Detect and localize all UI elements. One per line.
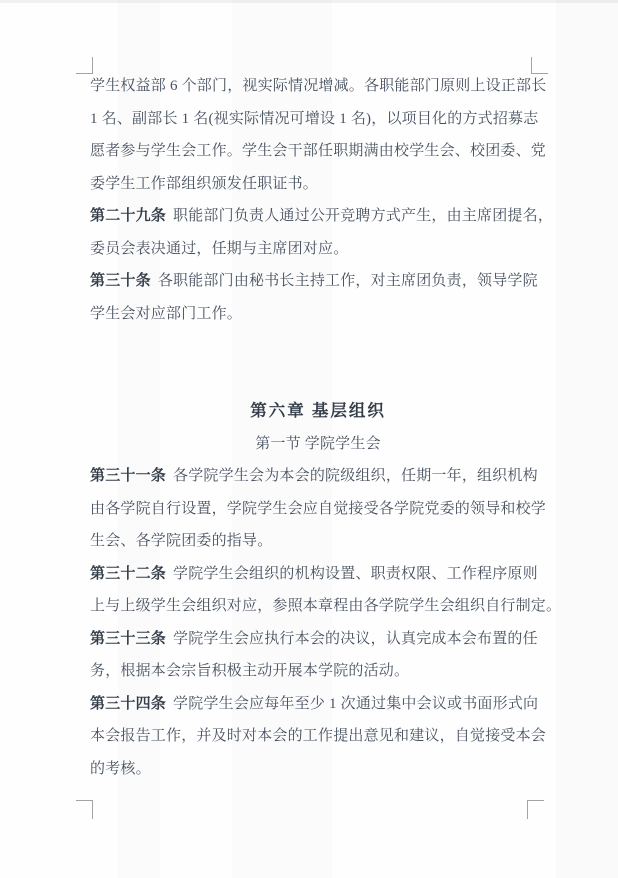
line-text: 学院学生会组织的机构设置、职责权限、工作程序原则: [173, 566, 538, 582]
line-text: 上与上级学生会组织对应，参照本章程由各学院学生会组织自行制定。: [90, 598, 561, 614]
line-text: 职能部门负责人通过公开竞聘方式产生，由主席团提名，: [173, 208, 553, 224]
line-text: 务，根据本会宗旨积极主动开展本学院的活动。: [90, 663, 409, 679]
text-line: 愿者参与学生会工作。学生会干部任职期满由校学生会、校团委、党: [90, 135, 546, 168]
text-line: 第二十九条职能部门负责人通过公开竞聘方式产生，由主席团提名，: [90, 200, 546, 233]
article-number: 第三十三条: [90, 631, 166, 647]
line-text: 学院学生会应执行本会的决议，认真完成本会布置的任: [173, 631, 538, 647]
text-line: 生会、各学院团委的指导。: [90, 525, 546, 558]
text-line: 学生权益部 6 个部门，视实际情况增减。各职能部门原则上设正部长: [90, 70, 546, 103]
text-line: 学生会对应部门工作。: [90, 298, 546, 331]
line-text: 第一节 学院学生会: [255, 436, 381, 452]
chapter-heading: 第六章 基层组织: [90, 395, 546, 428]
crop-mark-bottom-left: [76, 800, 93, 819]
article-number: 第三十四条: [90, 696, 166, 712]
line-text: 1 名、副部长 1 名(视实际情况可增设 1 名)，以项目化的方式招募志: [90, 111, 538, 127]
line-text: 各职能部门由秘书长主持工作，对主席团负责，领导学院: [158, 273, 538, 289]
text-line: 第三十三条学院学生会应执行本会的决议，认真完成本会布置的任: [90, 623, 546, 656]
line-text: 学生会对应部门工作。: [90, 306, 242, 322]
text-line: 本会报告工作，并及时对本会的工作提出意见和建议，自觉接受本会: [90, 720, 546, 753]
text-line: 第三十条各职能部门由秘书长主持工作，对主席团负责，领导学院: [90, 265, 546, 298]
line-text: 各学院学生会为本会的院级组织，任期一年，组织机构: [173, 468, 538, 484]
text-line: 由各学院自行设置，学院学生会应自觉接受各学院党委的领导和校学: [90, 493, 546, 526]
text-line: 1 名、副部长 1 名(视实际情况可增设 1 名)，以项目化的方式招募志: [90, 103, 546, 136]
document-text-area: 学生权益部 6 个部门，视实际情况增减。各职能部门原则上设正部长1 名、副部长 …: [90, 70, 546, 785]
line-text: 第六章 基层组织: [250, 401, 386, 420]
line-text: 委员会表决通过，任期与主席团对应。: [90, 241, 348, 257]
article-number: 第三十二条: [90, 566, 166, 582]
section-heading: 第一节 学院学生会: [90, 428, 546, 461]
crop-mark-bottom-right: [527, 800, 544, 819]
text-line: 第三十一条各学院学生会为本会的院级组织，任期一年，组织机构: [90, 460, 546, 493]
text-line: 第三十二条学院学生会组织的机构设置、职责权限、工作程序原则: [90, 558, 546, 591]
article-number: 第三十条: [90, 273, 151, 289]
text-line: 第三十四条学院学生会应每年至少 1 次通过集中会议或书面形式向: [90, 688, 546, 721]
text-line: 委员会表决通过，任期与主席团对应。: [90, 233, 546, 266]
document-page: 学生权益部 6 个部门，视实际情况增减。各职能部门原则上设正部长1 名、副部长 …: [0, 0, 618, 878]
line-text: 学生权益部 6 个部门，视实际情况增减。各职能部门原则上设正部长: [90, 78, 546, 94]
text-line: 委学生工作部组织颁发任职证书。: [90, 168, 546, 201]
line-text: 委学生工作部组织颁发任职证书。: [90, 176, 318, 192]
line-text: 的考核。: [90, 761, 151, 777]
line-text: 学院学生会应每年至少 1 次通过集中会议或书面形式向: [173, 696, 538, 712]
line-text: 生会、各学院团委的指导。: [90, 533, 272, 549]
article-number: 第三十一条: [90, 468, 166, 484]
article-number: 第二十九条: [90, 208, 166, 224]
line-text: 本会报告工作，并及时对本会的工作提出意见和建议，自觉接受本会: [90, 728, 546, 744]
line-text: 由各学院自行设置，学院学生会应自觉接受各学院党委的领导和校学: [90, 501, 546, 517]
text-line: 上与上级学生会组织对应，参照本章程由各学院学生会组织自行制定。: [90, 590, 546, 623]
text-line: 的考核。: [90, 753, 546, 786]
line-text: 愿者参与学生会工作。学生会干部任职期满由校学生会、校团委、党: [90, 143, 546, 159]
text-line: 务，根据本会宗旨积极主动开展本学院的活动。: [90, 655, 546, 688]
